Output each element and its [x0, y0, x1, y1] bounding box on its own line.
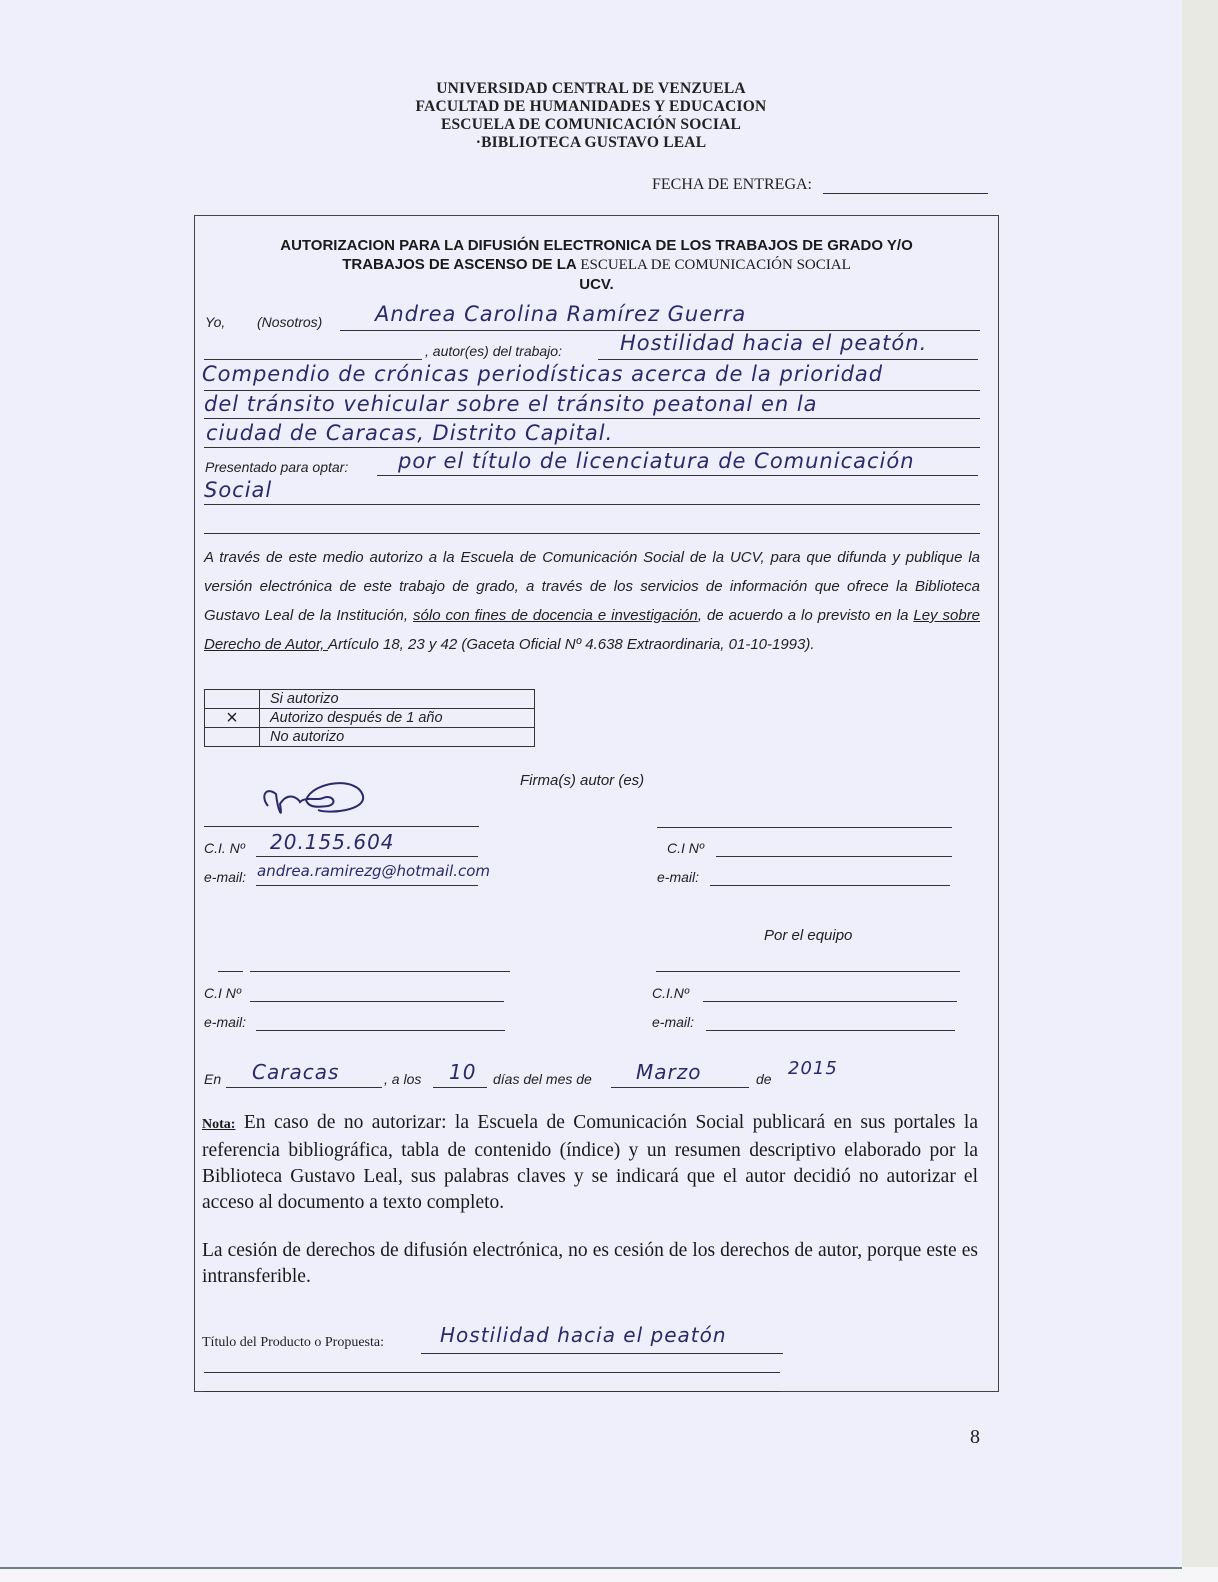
- cesion-paragraph: La cesión de derechos de difusión electr…: [202, 1238, 978, 1290]
- signer4-email-field[interactable]: [706, 1030, 955, 1031]
- work-title-field-1[interactable]: Hostilidad hacia el peatón.: [620, 331, 927, 355]
- nota-paragraph: Nota: En caso de no autorizar: la Escuel…: [202, 1110, 978, 1216]
- work-title-line-2: [204, 390, 980, 391]
- form-title-line1: AUTORIZACION PARA LA DIFUSIÓN ELECTRONIC…: [194, 236, 999, 255]
- signer3-email-field[interactable]: [256, 1030, 505, 1031]
- signer3-email-label: e-mail:: [204, 1014, 246, 1030]
- presentado-line-3: [204, 533, 980, 534]
- fecha-entrega-field[interactable]: [823, 193, 988, 194]
- header-line-library: ·BIBLIOTECA GUSTAVO LEAL: [0, 134, 1182, 152]
- day-line: [433, 1087, 487, 1088]
- signer2-email-field[interactable]: [710, 885, 950, 886]
- authorization-paragraph: A través de este medio autorizo a la Esc…: [204, 543, 980, 659]
- header-line-university: UNIVERSIDAD CENTRAL DE VENZUELA: [0, 80, 1182, 98]
- header-line-school: ESCUELA DE COMUNICACIÓN SOCIAL: [0, 116, 1182, 134]
- autores-label: , autor(es) del trabajo:: [425, 343, 562, 359]
- titulo-producto-line-3: [204, 1391, 780, 1392]
- signer4-ci-field[interactable]: [703, 1001, 957, 1002]
- page-number: 8: [970, 1426, 980, 1449]
- institution-header: UNIVERSIDAD CENTRAL DE VENZUELA FACULTAD…: [0, 80, 1182, 152]
- authorization-text-2: , de acuerdo a lo previsto en la: [698, 607, 914, 624]
- option-checkbox-autorizo-despues[interactable]: ×: [205, 709, 260, 728]
- work-title-line-4: [204, 447, 980, 448]
- signature-scribble-icon: [258, 776, 368, 826]
- form-title-line2-a: TRABAJOS DE ASCENSO DE LA: [342, 256, 576, 273]
- en-label: En: [204, 1071, 221, 1087]
- signer1-ci-line: [256, 856, 478, 857]
- option-label-no-autorizo: No autorizo: [260, 728, 535, 747]
- option-checkbox-no-autorizo[interactable]: [205, 728, 260, 747]
- signer1-email-line: [256, 885, 478, 886]
- nota-label: Nota:: [202, 1117, 235, 1132]
- option-checkbox-si-autorizo[interactable]: [205, 690, 260, 709]
- signer3-ci-field[interactable]: [250, 1001, 504, 1002]
- authorization-text-underlined-1: sólo con fines de docencia e investigaci…: [413, 607, 698, 624]
- header-line-faculty: FACULTAD DE HUMANIDADES Y EDUCACION: [0, 98, 1182, 116]
- work-title-field-3[interactable]: del tránsito vehicular sobre el tránsito…: [204, 392, 818, 416]
- form-title-line3: UCV.: [194, 275, 999, 294]
- dias-label: días del mes de: [493, 1071, 592, 1087]
- signature-line-4[interactable]: [656, 971, 960, 972]
- signer4-email-label: e-mail:: [652, 1014, 694, 1030]
- work-title-line-1: [598, 359, 978, 360]
- option-row: Si autorizo: [205, 690, 535, 709]
- option-row: × Autorizo después de 1 año: [205, 709, 535, 728]
- option-label-si-autorizo: Si autorizo: [260, 690, 535, 709]
- day-field[interactable]: 10: [449, 1060, 476, 1084]
- signer1-ci-label: C.I. Nº: [204, 840, 245, 856]
- month-field[interactable]: Marzo: [636, 1060, 701, 1084]
- form-title-line2: TRABAJOS DE ASCENSO DE LA ESCUELA DE COM…: [194, 255, 999, 275]
- por-equipo-label: Por el equipo: [764, 927, 852, 944]
- signature-line-1[interactable]: [204, 826, 479, 827]
- titulo-producto-label: Título del Producto o Propuesta:: [202, 1335, 384, 1351]
- titulo-producto-line-1: [421, 1353, 783, 1354]
- titulo-producto-field[interactable]: Hostilidad hacia el peatón: [440, 1323, 727, 1347]
- signer2-email-label: e-mail:: [657, 869, 699, 885]
- titulo-producto-line-2: [204, 1372, 780, 1373]
- presentado-line-1: [377, 475, 978, 476]
- signature-line-3a: [218, 971, 243, 972]
- yo-label: Yo,: [205, 314, 225, 330]
- signer2-ci-field[interactable]: [716, 856, 952, 857]
- signer1-email-field[interactable]: andrea.ramirezg@hotmail.com: [257, 862, 490, 880]
- city-line: [226, 1087, 382, 1088]
- signer2-ci-label: C.I Nº: [667, 840, 704, 856]
- blank-author-line: [204, 359, 422, 360]
- signer3-ci-label: C.I Nº: [204, 985, 241, 1001]
- firmas-label: Firma(s) autor (es): [520, 772, 644, 789]
- signer4-ci-label: C.I.Nº: [652, 985, 689, 1001]
- signer1-email-label: e-mail:: [204, 869, 246, 885]
- nosotros-label: (Nosotros): [257, 314, 322, 330]
- de-label: de: [756, 1071, 772, 1087]
- form-title-line2-b: ESCUELA DE COMUNICACIÓN SOCIAL: [580, 257, 850, 273]
- nota-text: En caso de no autorizar: la Escuela de C…: [202, 1112, 978, 1213]
- authorization-text-3: Artículo 18, 23 y 42 (Gaceta Oficial Nº …: [328, 636, 815, 653]
- work-title-field-2[interactable]: Compendio de crónicas periodísticas acer…: [202, 362, 883, 386]
- authorization-options-table: Si autorizo × Autorizo después de 1 año …: [204, 689, 535, 747]
- year-field[interactable]: 2015: [788, 1058, 838, 1079]
- work-title-field-4[interactable]: ciudad de Caracas, Distrito Capital.: [206, 421, 613, 445]
- presentado-label: Presentado para optar:: [205, 459, 348, 475]
- signer1-ci-field[interactable]: 20.155.604: [270, 830, 395, 854]
- work-title-line-3: [204, 418, 980, 419]
- presentado-field-1[interactable]: por el título de licenciatura de Comunic…: [398, 449, 915, 473]
- presentado-field-2[interactable]: Social: [204, 478, 272, 502]
- author-name-field[interactable]: Andrea Carolina Ramírez Guerra: [375, 302, 746, 326]
- month-line: [611, 1087, 749, 1088]
- option-label-autorizo-despues: Autorizo después de 1 año: [260, 709, 535, 728]
- city-field[interactable]: Caracas: [252, 1060, 339, 1084]
- scan-edge: [1182, 0, 1218, 1567]
- a-los-label: , a los: [384, 1071, 421, 1087]
- option-row: No autorizo: [205, 728, 535, 747]
- signature-line-3[interactable]: [250, 971, 510, 972]
- fecha-entrega-label: FECHA DE ENTREGA:: [652, 176, 812, 194]
- signature-line-2[interactable]: [657, 827, 952, 828]
- form-title: AUTORIZACION PARA LA DIFUSIÓN ELECTRONIC…: [194, 236, 999, 294]
- presentado-line-2: [204, 504, 980, 505]
